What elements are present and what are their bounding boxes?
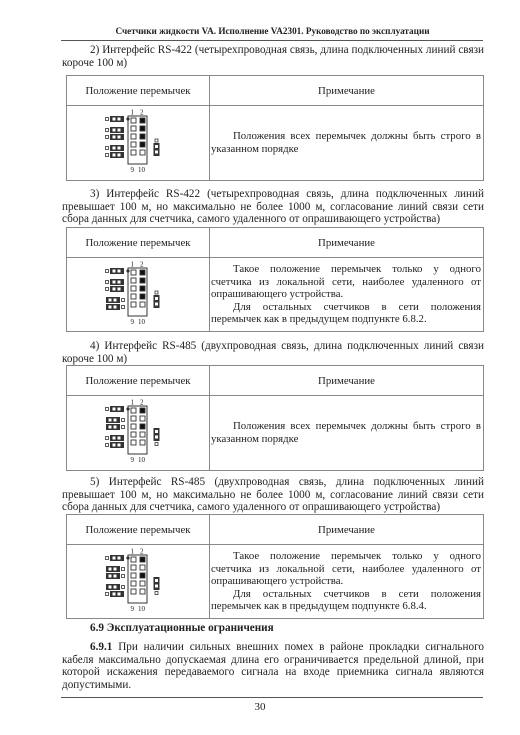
col-header-note: Примечание (210, 515, 484, 545)
svg-text:2: 2 (140, 109, 144, 117)
jumper-table-rs422-long: Положение перемычек Примечание 12910 Так… (66, 227, 484, 332)
svg-text:10: 10 (138, 318, 146, 326)
running-header: Счетчики жидкости VA. Исполнение VA2301.… (60, 26, 485, 36)
note-text: Положения всех перемычек должны быть стр… (210, 420, 483, 445)
jumper-table-rs485-long: Положение перемычек Примечание 12910 Так… (66, 514, 484, 619)
jumper-diagram: 12910 (98, 398, 178, 468)
jumper-diagram: 12910 (98, 108, 178, 178)
note-text: Положения всех перемычек должны быть стр… (210, 130, 483, 155)
col-header-note: Примечание (210, 228, 484, 258)
svg-text:2: 2 (140, 547, 144, 555)
section-intro-rs422-long: 3) Интерфейс RS-422 (четырехпроводная св… (62, 188, 484, 226)
col-header-note: Примечание (210, 76, 484, 106)
footer-rule (61, 697, 483, 698)
svg-text:9: 9 (131, 605, 135, 613)
svg-text:9: 9 (131, 318, 135, 326)
svg-text:2: 2 (140, 399, 144, 407)
header-rule (61, 40, 483, 41)
jumper-table-rs422-short: Положение перемычек Примечание 12910 Пол… (66, 75, 484, 181)
section-6-9-1-text: 6.9.1 При наличии сильных внешних помех … (62, 641, 484, 691)
svg-text:10: 10 (138, 605, 146, 613)
col-header-jumper-position: Положение перемычек (67, 366, 210, 396)
svg-text:2: 2 (140, 260, 144, 268)
jumper-diagram: 12910 (98, 260, 178, 330)
col-header-jumper-position: Положение перемычек (67, 76, 210, 106)
jumper-table-rs485-short: Положение перемычек Примечание 12910 Пол… (66, 365, 484, 471)
svg-text:10: 10 (138, 456, 146, 464)
col-header-note: Примечание (210, 366, 484, 396)
svg-text:9: 9 (131, 456, 135, 464)
col-header-jumper-position: Положение перемычек (67, 515, 210, 545)
note-text: Такое положение перемычек только у одног… (210, 550, 483, 613)
section-intro-rs485-short: 4) Интерфейс RS-485 (двухпроводная связь… (62, 340, 484, 365)
col-header-jumper-position: Положение перемычек (67, 228, 210, 258)
section-intro-rs422-short: 2) Интерфейс RS-422 (четырехпроводная св… (62, 44, 484, 69)
note-text: Такое положение перемычек только у одног… (210, 263, 483, 326)
svg-text:9: 9 (131, 166, 135, 174)
section-intro-rs485-long: 5) Интерфейс RS-485 (двухпроводная связь… (62, 476, 484, 514)
svg-text:1: 1 (131, 547, 135, 555)
svg-text:10: 10 (138, 166, 146, 174)
svg-text:1: 1 (131, 260, 135, 268)
page-number: 30 (0, 701, 520, 713)
section-title-6-9: 6.9 Эксплуатационные ограничения (62, 622, 484, 635)
svg-text:1: 1 (131, 109, 135, 117)
jumper-diagram: 12910 (98, 547, 178, 617)
svg-text:1: 1 (131, 399, 135, 407)
